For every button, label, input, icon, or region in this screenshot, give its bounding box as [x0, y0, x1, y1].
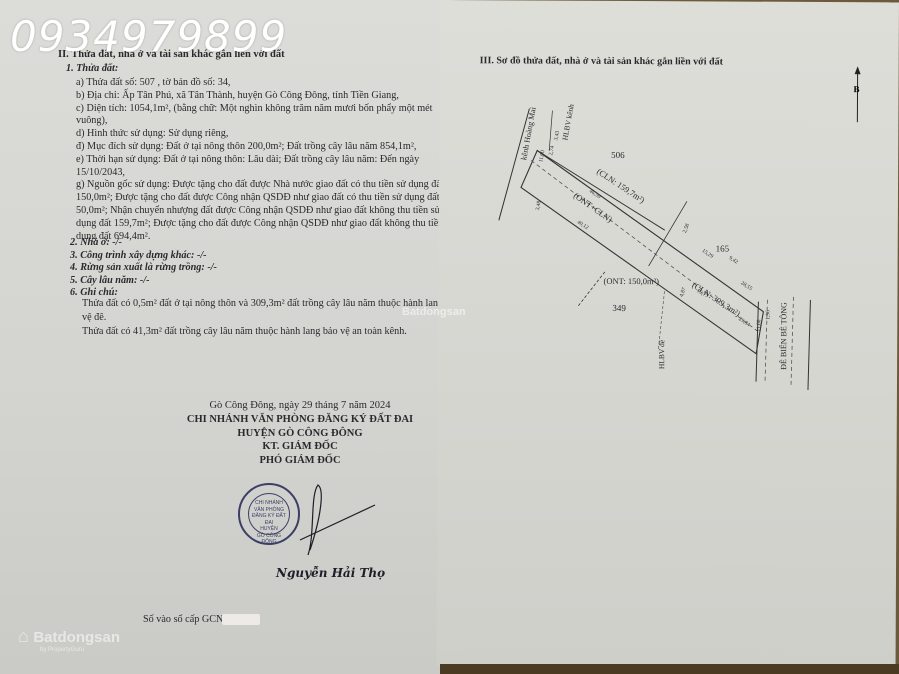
dimension-label: 2,74: [548, 145, 556, 156]
diagram-label: 349: [612, 303, 626, 313]
diagram-label: (CLN: 159,7m²): [595, 166, 647, 205]
text-line: 15/10/2043,: [76, 166, 125, 179]
dimension-label: 28,55: [739, 280, 753, 292]
issuing-org: CHI NHÁNH VĂN PHÒNG ĐĂNG KÝ ĐẤT ĐAI: [150, 413, 450, 427]
diagram-label: (ONT: 150,0m²): [604, 276, 660, 286]
text-line: b) Địa chỉ: Ấp Tân Phú, xã Tân Thành, hu…: [76, 89, 399, 102]
certificate-right-page: III. Sơ đồ thửa đất, nhà ở và tài sản kh…: [437, 0, 899, 668]
text-line: g) Nguồn gốc sử dụng: Được tặng cho đất …: [76, 178, 444, 191]
redacted-gcn-number: [222, 614, 260, 625]
gcn-label: Số vào sổ cấp GCN:: [143, 613, 226, 626]
text-line: e) Thời hạn sử dụng: Đất ở tại nông thôn…: [76, 153, 419, 166]
diagram-label: HLBV kênh: [560, 103, 575, 141]
text-line: 50,0m²; Nhận chuyển nhượng đất được Công…: [76, 204, 440, 217]
text-line: 2. Nhà ở: -/-: [70, 236, 122, 249]
diagram-label: 506: [611, 150, 625, 160]
signer-name: Nguyễn Hải Thọ: [276, 566, 385, 580]
watermark-by: by PropertyGuru: [40, 647, 120, 653]
diagram-label: 165: [716, 243, 730, 253]
signature-scribble: [280, 480, 400, 580]
phone-watermark: 0934979899: [10, 12, 287, 61]
text-line: đ) Mục đích sử dụng: Đất ở tại nông thôn…: [76, 140, 416, 153]
text-line: 4. Rừng sản xuất là rừng trồng: -/-: [70, 261, 217, 274]
dimension-label: 2,58: [682, 223, 691, 234]
watermark-logo: ⌂ Batdongsan by PropertyGuru: [18, 626, 120, 653]
signing-block: Gò Công Đông, ngày 29 tháng 7 năm 2024 C…: [150, 399, 450, 468]
signer-title: PHÓ GIÁM ĐỐC: [150, 454, 450, 468]
dimension-label: 11,00: [538, 150, 546, 163]
issuing-district: HUYỆN GÒ CÔNG ĐÔNG: [150, 427, 450, 441]
text-line: 150,0m²; Được tặng cho đất được Công nhậ…: [76, 191, 440, 204]
text-line: vệ đê.: [82, 311, 106, 324]
dimension-label: 9,42: [728, 255, 740, 265]
text-line: c) Diện tích: 1054,1m², (bằng chữ: Một n…: [76, 102, 432, 115]
dimension-label: 11,00: [756, 319, 762, 331]
diagram-label: HLBV đê: [657, 339, 666, 369]
text-line: Thửa đất có 41,3m² đất trồng cây lâu năm…: [82, 325, 407, 338]
dimension-label: 40,12: [576, 219, 590, 231]
place-date: Gò Công Đông, ngày 29 tháng 7 năm 2024: [150, 399, 450, 413]
text-line: a) Thửa đất số: 507 , tờ bản đồ số: 34,: [76, 76, 230, 89]
watermark-brand: Batdongsan: [33, 629, 120, 646]
text-line: d) Hình thức sử dụng: Sử dụng riêng,: [76, 127, 228, 140]
text-line: 3. Công trình xây dựng khác: -/-: [70, 249, 207, 262]
center-watermark: Batdongsan: [402, 306, 466, 318]
text-line: 5. Cây lâu năm: -/-: [70, 274, 150, 287]
diagram-label: ĐÊ BIỂN BÊ TÔNG: [778, 302, 788, 370]
dimension-label: 29,84: [737, 316, 751, 328]
dimension-label: 4,87: [679, 287, 688, 298]
signer-role: KT. GIÁM ĐỐC: [150, 440, 450, 454]
svg-text:B: B: [854, 84, 860, 94]
certificate-left-page: II. Thửa đất, nhà ở và tài sản khác gắn …: [0, 0, 452, 674]
land-plot-diagram: B kênh Hoàng MaiHLBV kênhHLBV đêĐÊ BIỂN …: [438, 0, 899, 422]
text-line: vuông),: [76, 114, 107, 127]
dimension-label: 3,48: [535, 200, 543, 211]
item1-title: 1. Thửa đất:: [66, 62, 118, 75]
dimension-label: 1,96: [765, 310, 771, 320]
text-line: dụng đất 159,7m²; Được tặng cho đất được…: [76, 217, 455, 230]
dimension-label: 15,29: [701, 248, 715, 260]
diagram-label: kênh Hoàng Mai: [519, 106, 538, 161]
desk-background: [440, 664, 899, 674]
